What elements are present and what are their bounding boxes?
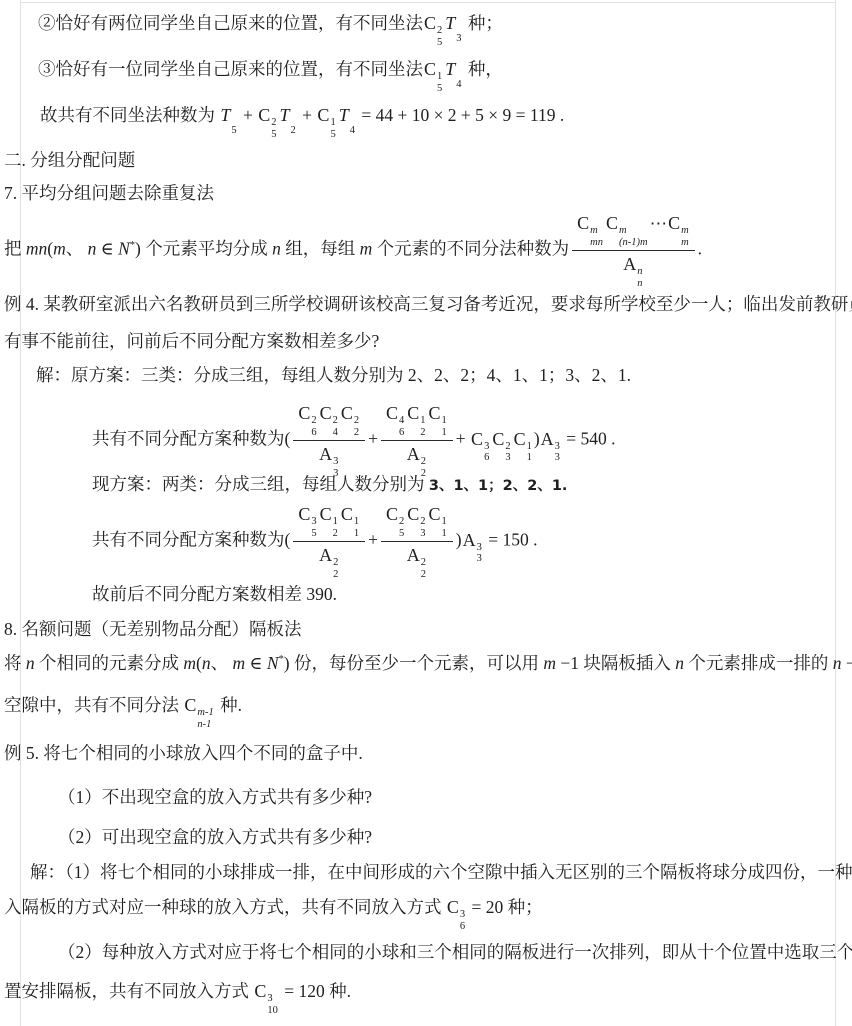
text-run: 个相同的元素分成	[35, 653, 184, 673]
math-subsup: C15	[317, 104, 336, 140]
math-scripts: 26	[311, 415, 316, 438]
math-subsup: A22	[407, 544, 427, 580]
math-sub: 1	[527, 452, 532, 463]
math-scripts: 11	[442, 516, 447, 539]
fraction-numerator: C46C12C11	[381, 402, 453, 441]
math-subsup: C23	[407, 503, 426, 539]
math-subsup: Cmmn	[577, 212, 604, 248]
math-subsup: Cm(n-1)m	[606, 212, 649, 248]
math-sup: 1	[333, 516, 338, 527]
fraction: C46C12C11A22	[381, 402, 453, 479]
math-base: C	[320, 403, 332, 423]
text-run: 8. 名额问题（无差别物品分配）隔板法	[4, 619, 302, 639]
math-subsup: C36	[471, 428, 490, 464]
math-scripts: 23	[420, 516, 425, 539]
example-4-formula-150: 共有不同分配方案种数为(C35C12C11A22+C25C23C11A22)A3…	[92, 503, 538, 580]
math-sup: m	[619, 225, 648, 236]
math-sub: 5	[437, 37, 442, 48]
math-sup: 4	[399, 415, 404, 426]
math-variable: m	[53, 239, 66, 259]
math-subsup: C310	[254, 980, 279, 1016]
math-sup	[456, 68, 461, 79]
math-sub: 2	[291, 125, 296, 136]
math-scripts: m-1n-1	[197, 707, 213, 730]
math-scripts: mm	[681, 225, 689, 248]
math-sub: mn	[590, 237, 603, 248]
text-run: = 540 .	[562, 429, 616, 449]
math-sup: 2	[354, 415, 359, 426]
math-subsup: C24	[320, 402, 339, 438]
math-sub: 3	[420, 528, 425, 539]
text-run: 将	[4, 653, 26, 673]
math-sup: 2	[271, 117, 276, 128]
math-sub: 4	[456, 79, 461, 90]
math-base: C	[407, 403, 419, 423]
text-run: （1）不出现空盒的放入方式共有多少种?	[58, 787, 372, 807]
text-run: 种，	[464, 59, 503, 79]
fraction-numerator: C25C23C11	[381, 503, 453, 542]
math-base: A	[319, 444, 332, 464]
text-run: +	[368, 429, 378, 449]
total-seatings-formula: 故共有不同坐法种数为 T5 + C25T2 + C15T4 = 44 + 10 …	[40, 104, 564, 140]
math-scripts: 46	[399, 415, 404, 438]
math-scripts: 15	[437, 71, 442, 94]
math-sub: 6	[460, 921, 465, 932]
math-base: C	[184, 695, 196, 715]
text-run: 二. 分组分配问题	[4, 150, 135, 170]
math-sub: m	[681, 237, 689, 248]
math-sub: n	[637, 278, 642, 289]
math-variable: N	[118, 239, 130, 259]
text-run: ③恰好有一位同学坐自己原来的位置，有不同坐法	[38, 59, 423, 79]
math-variable: m	[232, 653, 245, 673]
math-base: C	[386, 403, 398, 423]
text-run: 、	[211, 653, 233, 673]
math-base: T	[339, 105, 349, 125]
math-variable: N	[267, 653, 279, 673]
math-subsup: T4	[339, 104, 356, 137]
math-sub: 4	[350, 125, 355, 136]
math-sup: 3	[267, 993, 278, 1004]
fraction: C35C12C11A22	[293, 503, 365, 580]
math-sub: 10	[267, 1005, 278, 1016]
section-2-heading: 二. 分组分配问题	[4, 149, 135, 172]
text-run: ) 个元素平均分成	[135, 239, 272, 259]
math-subsup: T5	[220, 104, 237, 137]
text-run: 7. 平均分组问题去除重复法	[4, 183, 214, 203]
example-4-text-line1: 例 4. 某教研室派出六名教研员到三所学校调研该校高三复习备考近况，要求每所学校…	[4, 293, 852, 316]
math-sup	[231, 114, 236, 125]
math-sub: 6	[311, 427, 316, 438]
math-sub: 1	[354, 528, 359, 539]
example-5-question-1: （1）不出现空盒的放入方式共有多少种?	[58, 786, 372, 809]
math-scripts: 3	[456, 22, 461, 44]
math-scripts: mmn	[590, 225, 603, 248]
math-scripts: 25	[399, 516, 404, 539]
math-sup: 2	[333, 557, 338, 568]
math-sup: 3	[311, 516, 316, 527]
example-4-text-line2: 有事不能前往，问前后不同分配方案数相差多少?	[4, 330, 379, 353]
math-scripts: 4	[350, 114, 355, 136]
method-8-heading: 8. 名额问题（无差别物品分配）隔板法	[4, 618, 302, 641]
math-variable: n	[202, 653, 211, 673]
math-scripts: 22	[354, 415, 359, 438]
math-subsup: C11	[429, 503, 448, 539]
math-scripts: 36	[460, 909, 465, 932]
math-sub: 5	[399, 528, 404, 539]
math-base: C	[606, 213, 618, 233]
math-subsup: Cmm	[668, 212, 690, 248]
text-run: 共有不同分配方案种数为(	[92, 530, 290, 550]
math-base: A	[407, 545, 420, 565]
text-run: 、	[66, 239, 88, 259]
math-scripts: 12	[420, 415, 425, 438]
math-subsup: C36	[447, 896, 466, 932]
math-base: C	[386, 504, 398, 524]
math-base: C	[514, 429, 526, 449]
math-subsup: C22	[341, 402, 360, 438]
math-sub: (n-1)m	[619, 237, 648, 248]
bold-number-run: 3、1、1；2、2、1.	[429, 478, 568, 494]
math-scripts: 11	[354, 516, 359, 539]
math-base: C	[407, 504, 419, 524]
text-run: +	[239, 105, 258, 125]
text-run: ⋯	[650, 213, 668, 233]
example-4-solution-original-plan: 解：原方案：三类：分成三组，每组人数分别为 2、2、2；4、1、1；3、2、1.	[36, 364, 631, 387]
text-run: +	[368, 530, 378, 550]
text-run: 置安排隔板，共有不同放入方式	[4, 981, 253, 1001]
fraction: C26C24C22A33	[293, 402, 365, 479]
math-subsup: C46	[386, 402, 405, 438]
text-run: 解：（1）将七个相同的小球排成一排，在中间形成的六个空隙中插入无区别的三个隔板将…	[30, 862, 852, 882]
math-base: C	[492, 429, 504, 449]
text-run: .	[698, 239, 702, 259]
math-sub: 4	[333, 427, 338, 438]
math-base: T	[445, 59, 455, 79]
math-sub: 2	[421, 569, 426, 580]
text-run: （2）可出现空盒的放入方式共有多少种?	[58, 827, 372, 847]
math-base: C	[429, 504, 441, 524]
text-run: = 44 + 10 × 2 + 5 × 9 = 119 .	[357, 105, 564, 125]
math-sub: 2	[420, 427, 425, 438]
math-sup: m-1	[197, 707, 213, 718]
math-subsup: Cm-1n-1	[184, 694, 214, 730]
math-sub: 2	[333, 528, 338, 539]
math-scripts: 22	[421, 557, 426, 580]
math-sup: 1	[442, 516, 447, 527]
example-5-solution-1-line2: 入隔板的方式对应一种球的放入方式，共有不同放入方式 C36 = 20 种；	[4, 896, 543, 932]
math-variable: m	[183, 653, 196, 673]
text-run: 个元素排成一排的	[684, 653, 833, 673]
math-subsup: C25	[424, 12, 443, 48]
math-sup	[456, 22, 461, 33]
text-run: ∈	[245, 653, 267, 673]
text-run: −1 个	[841, 653, 852, 673]
math-sup: m	[590, 225, 603, 236]
math-base: A	[319, 545, 332, 565]
math-base: T	[220, 105, 230, 125]
math-scripts: 2	[291, 114, 296, 136]
math-scripts: 25	[437, 25, 442, 48]
math-base: C	[254, 981, 266, 1001]
text-run: 现方案：两类：分成三组，每组人数分别为	[92, 474, 429, 494]
math-sup: 3	[333, 456, 338, 467]
math-subsup: C23	[492, 428, 511, 464]
math-sup: 2	[311, 415, 316, 426]
math-scripts: 23	[505, 441, 510, 464]
math-sup: n	[637, 266, 642, 277]
math-sup: 2	[421, 557, 426, 568]
math-sub: 5	[231, 125, 236, 136]
math-sup: 3	[555, 441, 560, 452]
math-sup: 2	[421, 456, 426, 467]
text-run: 种.	[216, 695, 242, 715]
fraction-numerator: CmmnCm(n-1)m⋯Cmm	[572, 212, 695, 251]
math-scripts: 33	[477, 542, 482, 565]
math-base: C	[341, 504, 353, 524]
math-variable: m	[543, 653, 556, 673]
text-run: 解：原方案：三类：分成三组，每组人数分别为 2、2、2；4、1、1；3、2、1.	[36, 365, 631, 385]
text-run: ∈	[96, 239, 118, 259]
math-subsup: C26	[298, 402, 317, 438]
math-scripts: 11	[442, 415, 447, 438]
text-run: +	[456, 429, 470, 449]
math-sub: 5	[271, 129, 276, 140]
math-subsup: A22	[319, 544, 339, 580]
math-base: C	[341, 403, 353, 423]
text-run: 故共有不同坐法种数为	[40, 105, 219, 125]
math-sub: 2	[333, 569, 338, 580]
math-sub: 2	[354, 427, 359, 438]
text-run: )	[456, 530, 462, 550]
math-scripts: 25	[271, 117, 276, 140]
math-base: C	[298, 403, 310, 423]
math-sub: 5	[437, 83, 442, 94]
math-sup: 2	[437, 25, 442, 36]
math-scripts: 310	[267, 993, 278, 1016]
math-sub: 1	[442, 427, 447, 438]
text-run: 故前后不同分配方案数相差 390.	[92, 584, 337, 604]
math-sup: 1	[354, 516, 359, 527]
text-run: 把	[4, 239, 26, 259]
math-base: C	[471, 429, 483, 449]
math-sub: 6	[484, 452, 489, 463]
math-subsup: C11	[429, 402, 448, 438]
math-subsup: C12	[407, 402, 426, 438]
math-sup: 1	[442, 415, 447, 426]
math-subsup: T4	[445, 58, 462, 91]
math-sub: 3	[456, 33, 461, 44]
fraction-denominator: A22	[293, 542, 365, 580]
math-sub: 3	[555, 452, 560, 463]
math-subsup: C35	[298, 503, 317, 539]
math-base: T	[445, 13, 455, 33]
text-run: 入隔板的方式对应一种球的放入方式，共有不同放入方式	[4, 897, 446, 917]
math-subsup: C25	[386, 503, 405, 539]
text-run: 个元素的不同分法种数为	[372, 239, 569, 259]
text-run: 例 4. 某教研室派出六名教研员到三所学校调研该校高三复习备考近况，要求每所学校…	[4, 294, 852, 314]
math-sub: 3	[477, 553, 482, 564]
math-subsup: A33	[541, 428, 561, 464]
fraction: C25C23C11A22	[381, 503, 453, 580]
math-scripts: 12	[333, 516, 338, 539]
item-circle3-one-student: ③恰好有一位同学坐自己原来的位置，有不同坐法C15T4 种，	[38, 58, 503, 94]
math-sup: 1	[527, 441, 532, 452]
math-subsup: T3	[445, 12, 462, 45]
fraction-numerator: C35C12C11	[293, 503, 365, 542]
math-subsup: C15	[424, 58, 443, 94]
math-base: C	[577, 213, 589, 233]
math-sup: 3	[484, 441, 489, 452]
math-variable: n	[675, 653, 684, 673]
math-sub: 5	[311, 528, 316, 539]
math-subsup: C11	[341, 503, 360, 539]
example-5-solution-2-line1: （2）每种放入方式对应于将七个相同的小球和三个相同的隔板进行一次排列，即从十个位…	[58, 941, 852, 964]
math-scripts: 15	[330, 117, 335, 140]
example-5-solution-1-line1: 解：（1）将七个相同的小球排成一排，在中间形成的六个空隙中插入无区别的三个隔板将…	[30, 861, 852, 884]
math-scripts: 5	[231, 114, 236, 136]
math-sup: 2	[399, 516, 404, 527]
text-run: = 20 种；	[467, 897, 543, 917]
method-7-heading: 7. 平均分组问题去除重复法	[4, 182, 214, 205]
math-sub: 1	[442, 528, 447, 539]
text-run: −1 块隔板插入	[556, 653, 675, 673]
text-run: 共有不同分配方案种数为(	[92, 429, 290, 449]
math-base: C	[447, 897, 459, 917]
math-scripts: 33	[555, 441, 560, 464]
math-scripts: 11	[527, 441, 532, 464]
math-sup: 2	[420, 516, 425, 527]
math-sup: 1	[437, 71, 442, 82]
math-sup: 3	[477, 542, 482, 553]
math-variable: n	[272, 239, 281, 259]
text-run: 有事不能前往，问前后不同分配方案数相差多少?	[4, 331, 379, 351]
math-sup: 1	[330, 117, 335, 128]
math-base: C	[429, 403, 441, 423]
math-sub: 6	[399, 427, 404, 438]
fraction-numerator: C26C24C22	[293, 402, 365, 441]
method-7-formula: 把 mn(m、 n ∈ N*) 个元素平均分成 n 组，每组 m 个元素的不同分…	[4, 212, 702, 289]
text-run: )	[534, 429, 540, 449]
math-variable: m	[360, 239, 373, 259]
example-4-formula-540: 共有不同分配方案种数为(C26C24C22A33+C46C12C11A22+ C…	[92, 402, 616, 479]
math-variable: mn	[26, 239, 47, 259]
math-base: C	[317, 105, 329, 125]
text-run: 空隙中，共有不同分法	[4, 695, 183, 715]
math-sub: n-1	[197, 719, 213, 730]
math-base: C	[424, 13, 436, 33]
math-base: A	[623, 254, 636, 274]
text-run: +	[298, 105, 317, 125]
example-5-text: 例 5. 将七个相同的小球放入四个不同的盒子中.	[4, 742, 363, 765]
math-variable: n	[26, 653, 35, 673]
example-4-new-plan: 现方案：两类：分成三组，每组人数分别为 3、1、1；2、2、1.	[92, 473, 567, 496]
text-run: = 150 .	[484, 530, 538, 550]
fraction: CmmnCm(n-1)m⋯CmmAnn	[572, 212, 695, 289]
math-base: C	[298, 504, 310, 524]
math-scripts: 36	[484, 441, 489, 464]
math-base: T	[280, 105, 290, 125]
fraction-denominator: A22	[381, 542, 453, 580]
math-sup: 1	[420, 415, 425, 426]
example-5-question-2: （2）可出现空盒的放入方式共有多少种?	[58, 826, 372, 849]
math-base: C	[668, 213, 680, 233]
math-base: A	[541, 429, 554, 449]
math-base: C	[424, 59, 436, 79]
math-subsup: A33	[463, 529, 483, 565]
fraction-denominator: Ann	[572, 251, 695, 289]
text-run: 组，每组	[281, 239, 360, 259]
example-4-difference: 故前后不同分配方案数相差 390.	[92, 583, 337, 606]
math-base: C	[258, 105, 270, 125]
math-scripts: 4	[456, 68, 461, 90]
math-sup: 3	[460, 909, 465, 920]
math-subsup: Ann	[623, 253, 643, 289]
method-8-text-line1: 将 n 个相同的元素分成 m(n、 m ∈ N*) 份，每份至少一个元素，可以用…	[4, 652, 852, 675]
text-run: = 120 种.	[280, 981, 351, 1001]
math-sub: 5	[330, 129, 335, 140]
document-body: ②恰好有两位同学坐自己原来的位置，有不同坐法C25T3 种；③恰好有一位同学坐自…	[0, 0, 852, 1026]
math-subsup: C25	[258, 104, 277, 140]
math-scripts: 24	[333, 415, 338, 438]
method-8-text-line2: 空隙中，共有不同分法 Cm-1n-1 种.	[4, 694, 242, 730]
math-scripts: m(n-1)m	[619, 225, 648, 248]
math-subsup: T2	[280, 104, 297, 137]
example-5-solution-2-line2: 置安排隔板，共有不同放入方式 C310 = 120 种.	[4, 980, 351, 1016]
math-sup: 2	[333, 415, 338, 426]
math-scripts: nn	[637, 266, 642, 289]
text-run: ) 份，每份至少一个元素，可以用	[284, 653, 544, 673]
math-sup	[291, 114, 296, 125]
math-base: C	[320, 504, 332, 524]
text-run: （2）每种放入方式对应于将七个相同的小球和三个相同的隔板进行一次排列，即从十个位…	[58, 942, 852, 962]
math-scripts: 35	[311, 516, 316, 539]
math-base: A	[463, 530, 476, 550]
math-subsup: C11	[514, 428, 533, 464]
math-base: A	[407, 444, 420, 464]
math-sup: 2	[505, 441, 510, 452]
math-subsup: C12	[320, 503, 339, 539]
math-sup: m	[681, 225, 689, 236]
math-scripts: 22	[333, 557, 338, 580]
text-run: 例 5. 将七个相同的小球放入四个不同的盒子中.	[4, 743, 363, 763]
text-run: 种；	[464, 13, 503, 33]
math-sub: 3	[505, 452, 510, 463]
text-run: ②恰好有两位同学坐自己原来的位置，有不同坐法	[38, 13, 423, 33]
item-circle2-two-students: ②恰好有两位同学坐自己原来的位置，有不同坐法C25T3 种；	[38, 12, 503, 48]
math-sup	[350, 114, 355, 125]
